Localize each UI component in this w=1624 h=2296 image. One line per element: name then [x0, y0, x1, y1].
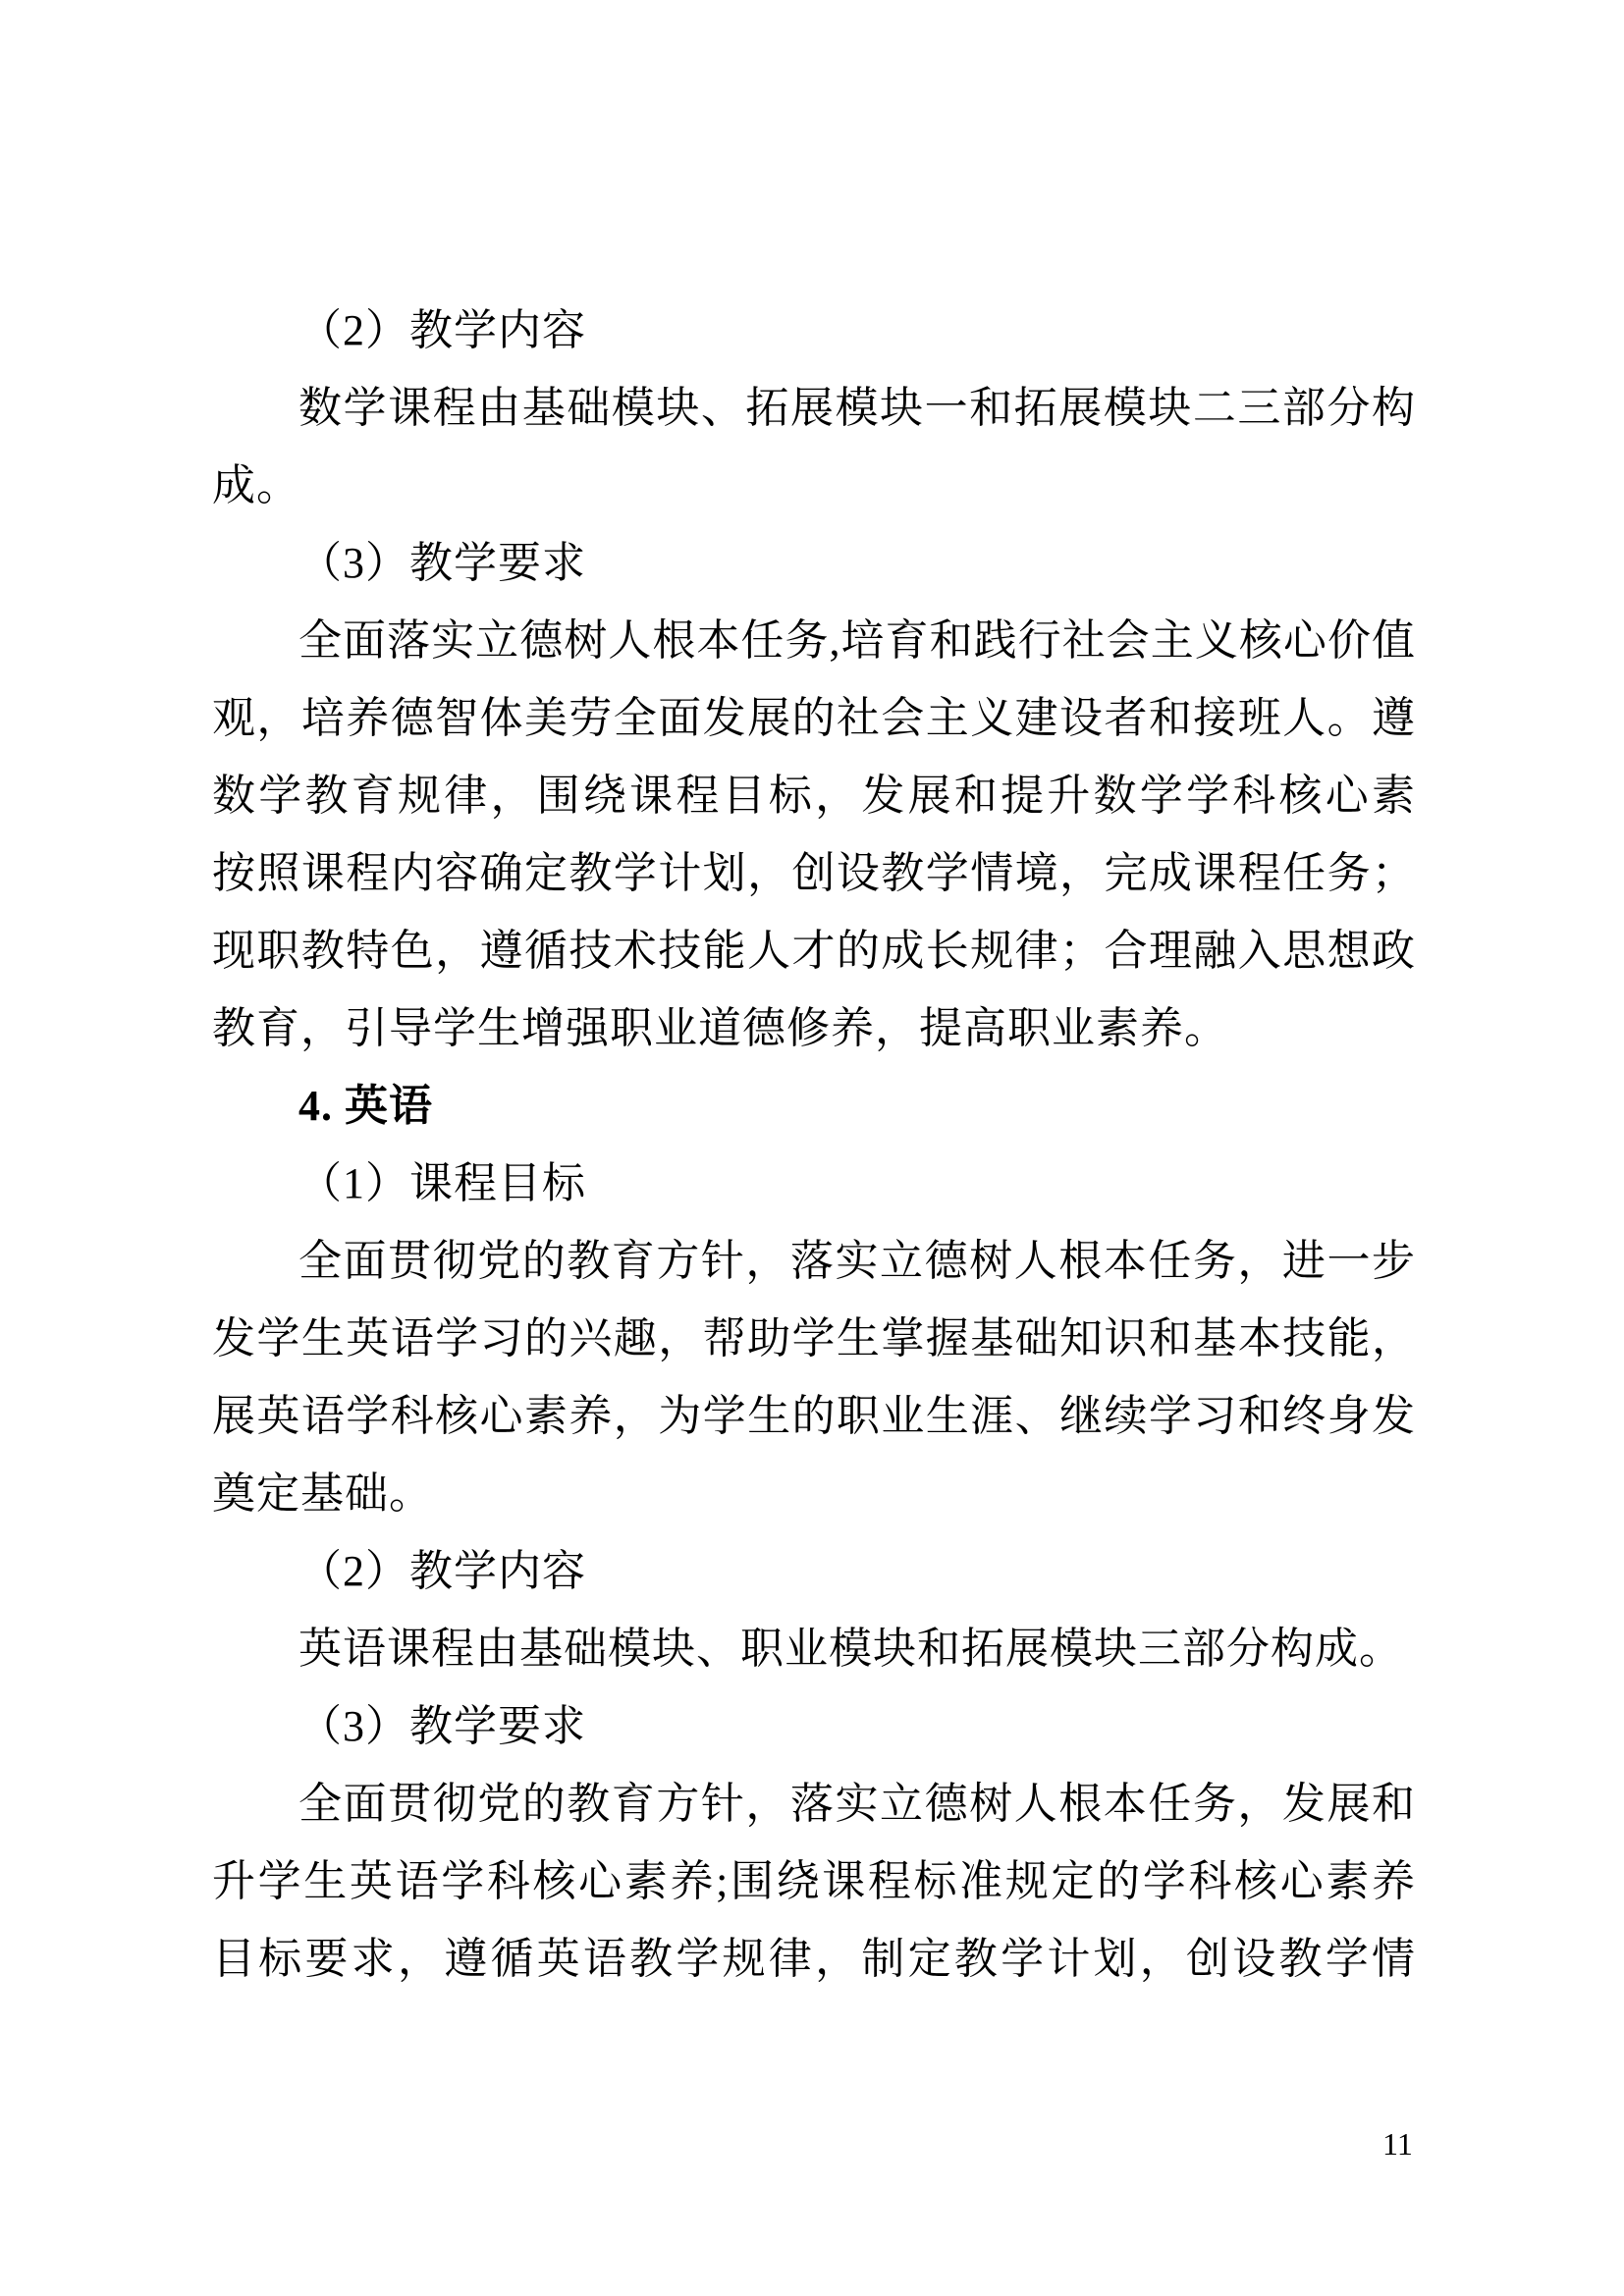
- text-line: 数学课程由基础模块、拓展模块一和拓展模块二三部分构: [212, 369, 1416, 447]
- text-line: 升学生英语学科核心素养;围绕课程标准规定的学科核心素养与: [212, 1842, 1416, 1920]
- section-heading-line: 4. 英语: [212, 1067, 1416, 1145]
- text-line: （2）教学内容: [212, 1532, 1416, 1610]
- text-line: （3）教学要求: [212, 1687, 1416, 1765]
- page-number: 11: [1382, 2124, 1413, 2163]
- text-line: 现职教特色，遵循技术技能人才的成长规律；合理融入思想政治: [212, 912, 1416, 989]
- text-line: 奠定基础。: [212, 1455, 1416, 1532]
- text-line: 全面贯彻党的教育方针，落实立德树人根本任务，发展和提: [212, 1765, 1416, 1842]
- text-line: （2）教学内容: [212, 292, 1416, 369]
- text-line: 目标要求，遵循英语教学规律，制定教学计划，创设教学情境，: [212, 1920, 1416, 1998]
- text-line: 发学生英语学习的兴趣，帮助学生掌握基础知识和基本技能，发: [212, 1300, 1416, 1377]
- text-line: （1）课程目标: [212, 1145, 1416, 1222]
- text-line: 全面落实立德树人根本任务,培育和践行社会主义核心价值: [212, 602, 1416, 679]
- document-text-block: （2）教学内容数学课程由基础模块、拓展模块一和拓展模块二三部分构成。（3）教学要…: [212, 292, 1416, 1998]
- text-line: （3）教学要求: [212, 524, 1416, 602]
- text-line: 全面贯彻党的教育方针，落实立德树人根本任务，进一步激: [212, 1222, 1416, 1300]
- text-line: 按照课程内容确定教学计划，创设教学情境，完成课程任务；体: [212, 834, 1416, 912]
- text-line: 展英语学科核心素养，为学生的职业生涯、继续学习和终身发展: [212, 1377, 1416, 1455]
- text-line: 数学教育规律，围绕课程目标，发展和提升数学学科核心素养，: [212, 757, 1416, 834]
- text-line: 成。: [212, 447, 1416, 524]
- text-line: 英语课程由基础模块、职业模块和拓展模块三部分构成。: [212, 1610, 1416, 1687]
- text-line: 教育，引导学生增强职业道德修养，提高职业素养。: [212, 989, 1416, 1067]
- text-line: 观，培养德智体美劳全面发展的社会主义建设者和接班人。遵循: [212, 679, 1416, 757]
- document-page: （2）教学内容数学课程由基础模块、拓展模块一和拓展模块二三部分构成。（3）教学要…: [0, 0, 1624, 2296]
